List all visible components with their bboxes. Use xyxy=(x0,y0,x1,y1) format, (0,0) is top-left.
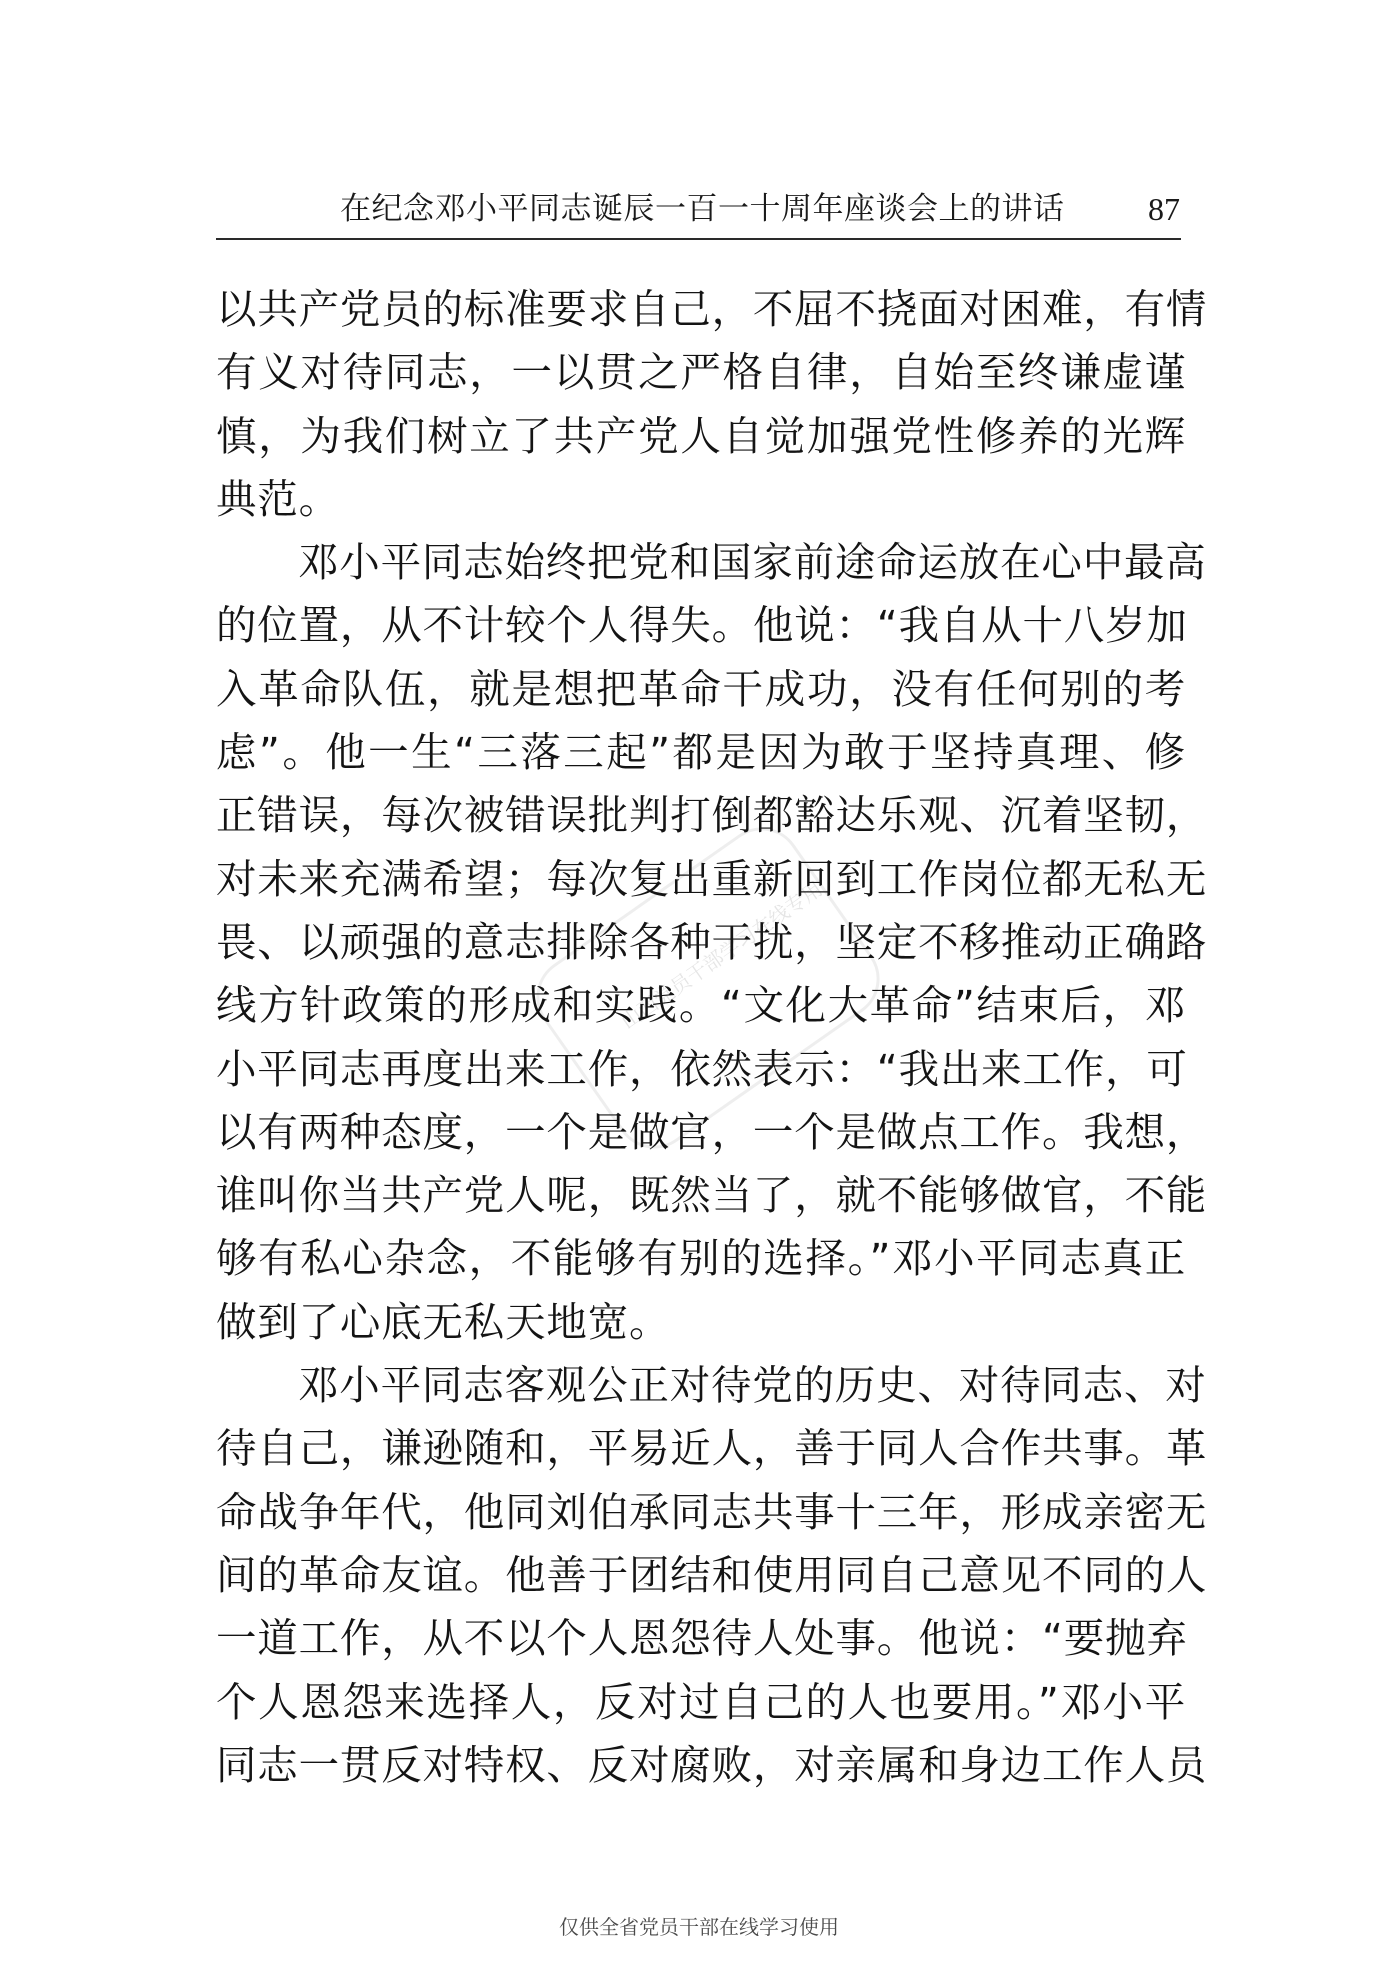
text-line: 正错误，每次被错误批判打倒都豁达乐观、沉着坚韧， xyxy=(216,784,1186,847)
text-line: 够有私心杂念，不能够有别的选择。”邓小平同志真正 xyxy=(216,1227,1186,1290)
text-line: 有义对待同志，一以贯之严格自律，自始至终谦虚谨 xyxy=(216,341,1186,404)
text-line: 入革命队伍，就是想把革命干成功，没有任何别的考 xyxy=(216,658,1186,721)
text-line: 间的革命友谊。他善于团结和使用同自己意见不同的人 xyxy=(216,1544,1186,1607)
header-divider xyxy=(216,238,1181,240)
usage-notice: 仅供全省党员干部在线学习使用 xyxy=(0,1912,1398,1942)
text-line: 邓小平同志始终把党和国家前途命运放在心中最高 xyxy=(216,531,1186,594)
text-line: 一道工作，从不以个人恩怨待人处事。他说：“要抛弃 xyxy=(216,1607,1186,1670)
running-header: 在纪念邓小平同志诞辰一百一十周年座谈会上的讲话 87 xyxy=(216,186,1180,232)
text-line: 虑”。他一生“三落三起”都是因为敢于坚持真理、修 xyxy=(216,721,1186,784)
paragraph-2: 邓小平同志始终把党和国家前途命运放在心中最高 的位置，从不计较个人得失。他说：“… xyxy=(216,531,1186,1354)
text-line: 个人恩怨来选择人，反对过自己的人也要用。”邓小平 xyxy=(216,1671,1186,1734)
text-line: 以有两种态度，一个是做官，一个是做点工作。我想， xyxy=(216,1101,1186,1164)
text-line: 邓小平同志客观公正对待党的历史、对待同志、对 xyxy=(216,1354,1186,1417)
paragraph-3: 邓小平同志客观公正对待党的历史、对待同志、对 待自己，谦逊随和，平易近人，善于同… xyxy=(216,1354,1186,1797)
paragraph-1: 以共产党员的标准要求自己，不屈不挠面对困难，有情 有义对待同志，一以贯之严格自律… xyxy=(216,278,1186,531)
text-line: 待自己，谦逊随和，平易近人，善于同人合作共事。革 xyxy=(216,1417,1186,1480)
running-header-title: 在纪念邓小平同志诞辰一百一十周年座谈会上的讲话 xyxy=(340,186,1065,232)
page-number: 87 xyxy=(1148,186,1180,232)
text-line: 对未来充满希望；每次复出重新回到工作岗位都无私无 xyxy=(216,848,1186,911)
text-line: 畏、以顽强的意志排除各种干扰，坚定不移推动正确路 xyxy=(216,911,1186,974)
text-line: 命战争年代，他同刘伯承同志共事十三年，形成亲密无 xyxy=(216,1481,1186,1544)
text-line: 典范。 xyxy=(216,468,1186,531)
text-line: 的位置，从不计较个人得失。他说：“我自从十八岁加 xyxy=(216,594,1186,657)
text-line: 同志一贯反对特权、反对腐败，对亲属和身边工作人员 xyxy=(216,1734,1186,1797)
text-line: 线方针政策的形成和实践。“文化大革命”结束后，邓 xyxy=(216,974,1186,1037)
body-text: 以共产党员的标准要求自己，不屈不挠面对困难，有情 有义对待同志，一以贯之严格自律… xyxy=(216,278,1186,1797)
text-line: 慎，为我们树立了共产党人自觉加强党性修养的光辉 xyxy=(216,405,1186,468)
text-line: 以共产党员的标准要求自己，不屈不挠面对困难，有情 xyxy=(216,278,1186,341)
text-line: 谁叫你当共产党人呢，既然当了，就不能够做官，不能 xyxy=(216,1164,1186,1227)
text-line: 小平同志再度出来工作，依然表示：“我出来工作，可 xyxy=(216,1038,1186,1101)
text-line: 做到了心底无私天地宽。 xyxy=(216,1291,1186,1354)
